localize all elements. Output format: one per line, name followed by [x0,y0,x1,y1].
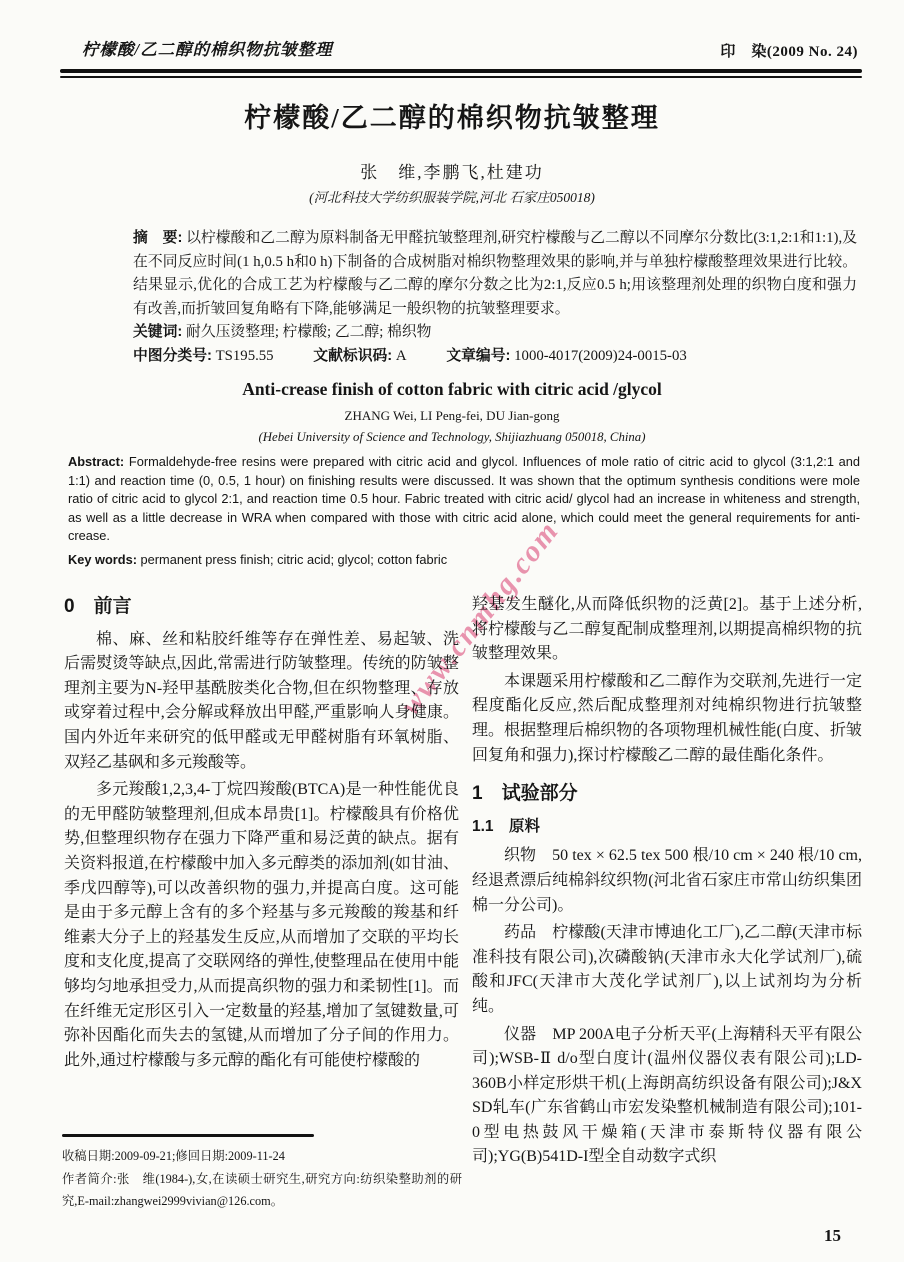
footnote-block: 收稿日期:2009-09-21;修回日期:2009-11-24 作者简介:张 维… [62,1134,462,1213]
abstract-cn: 摘 要: 以柠檬酸和乙二醇为原料制备无甲醛抗皱整理剂,研究柠檬酸与乙二醇以不同摩… [133,227,857,321]
materials-chemicals-paragraph: 药品 柠檬酸(天津市博迪化工厂),乙二醇(天津市标准科技有限公司),次磷酸钠(天… [472,921,862,1019]
doc-code-pair: 文献标识码: A [313,348,406,364]
received-dates: 收稿日期:2009-09-21;修回日期:2009-11-24 [62,1145,462,1168]
section-0-paragraph: 棉、麻、丝和粘胶纤维等存在弹性差、易起皱、洗后需熨烫等缺点,因此,常需进行防皱整… [64,628,459,776]
project-paragraph: 本课题采用柠檬酸和乙二醇作为交联剂,先进行一定程度酯化反应,然后配成整理剂对纯棉… [472,670,862,768]
clc-pair: 中图分类号: TS195.55 [133,348,274,364]
abstract-cn-block: 摘 要: 以柠檬酸和乙二醇为原料制备无甲醛抗皱整理剂,研究柠檬酸与乙二醇以不同摩… [133,227,857,369]
section-1-heading: 1 试验部分 [472,782,862,807]
doc-code-value: A [396,348,407,364]
footnote-rule [62,1134,314,1137]
body-column-right: 羟基发生醚化,从而降低织物的泛黄[2]。基于上述分析,将柠檬酸与乙二醇复配制成整… [472,593,862,1243]
page-number: 15 [824,1226,841,1246]
article-no-label: 文章编号: [446,348,510,364]
article-no-pair: 文章编号: 1000-4017(2009)24-0015-03 [446,348,686,364]
author-bio: 作者简介:张 维(1984-),女,在读硕士研究生,研究方向:纺织染整助剂的研究… [62,1168,462,1213]
abstract-en-label: Abstract: [68,454,124,469]
affiliation-cn: (河北科技大学纺织服装学院,河北 石家庄050018) [0,186,904,206]
keywords-en-line: Key words: permanent press finish; citri… [68,552,860,567]
abstract-en-text: Formaldehyde-free resins were prepared w… [68,454,860,543]
section-0-paragraph: 多元羧酸1,2,3,4-丁烷四羧酸(BTCA)是一种性能优良的无甲醛防皱整理剂,… [64,778,459,1073]
materials-fabric-paragraph: 织物 50 tex × 62.5 tex 500 根/10 cm × 240 根… [472,844,862,918]
doc-code-label: 文献标识码: [313,348,392,364]
article-no-value: 1000-4017(2009)24-0015-03 [514,348,687,364]
header-rule-thick [60,69,862,73]
running-title: 柠檬酸/乙二醇的棉织物抗皱整理 [82,36,333,60]
abstract-en: Abstract: Formaldehyde-free resins were … [68,453,860,546]
keywords-en-label: Key words: [68,552,137,567]
header-double-rule [60,69,862,78]
article-title-en: Anti-crease finish of cotton fabric with… [0,379,904,400]
abstract-cn-text: 以柠檬酸和乙二醇为原料制备无甲醛抗皱整理剂,研究柠檬酸与乙二醇以不同摩尔分数比(… [133,230,857,317]
authors-cn: 张 维,李鹏飞,杜建功 [0,158,904,183]
affiliation-en: (Hebei University of Science and Technol… [0,430,904,445]
header-rule-thin [60,76,862,78]
keywords-cn-line: 关键词: 耐久压烫整理; 柠檬酸; 乙二醇; 棉织物 [133,321,857,345]
keywords-cn-text: 耐久压烫整理; 柠檬酸; 乙二醇; 棉织物 [186,324,431,340]
journal-page: 柠檬酸/乙二醇的棉织物抗皱整理 印 染(2009 No. 24) 柠檬酸/乙二醇… [0,0,904,1262]
materials-instruments-paragraph: 仪器 MP 200A电子分析天平(上海精科天平有限公司);WSB-Ⅱ d/o型白… [472,1023,862,1171]
authors-en: ZHANG Wei, LI Peng-fei, DU Jian-gong [0,408,904,424]
keywords-cn-label: 关键词: [133,324,182,340]
article-title-cn: 柠檬酸/乙二醇的棉织物抗皱整理 [0,96,904,135]
clc-label: 中图分类号: [133,348,212,364]
clc-line: 中图分类号: TS195.55 文献标识码: A 文章编号: 1000-4017… [133,345,857,369]
abstract-cn-label: 摘 要: [133,230,182,246]
section-1-1-heading: 1.1 原料 [472,815,862,840]
journal-issue-info: 印 染(2009 No. 24) [720,40,858,61]
keywords-en-text: permanent press finish; citric acid; gly… [141,552,448,567]
body-column-left: 0 前言 棉、麻、丝和粘胶纤维等存在弹性差、易起皱、洗后需熨烫等缺点,因此,常需… [64,593,459,1133]
section-0-heading: 0 前言 [64,595,459,620]
continuation-paragraph: 羟基发生醚化,从而降低织物的泛黄[2]。基于上述分析,将柠檬酸与乙二醇复配制成整… [472,593,862,667]
clc-value: TS195.55 [216,348,274,364]
